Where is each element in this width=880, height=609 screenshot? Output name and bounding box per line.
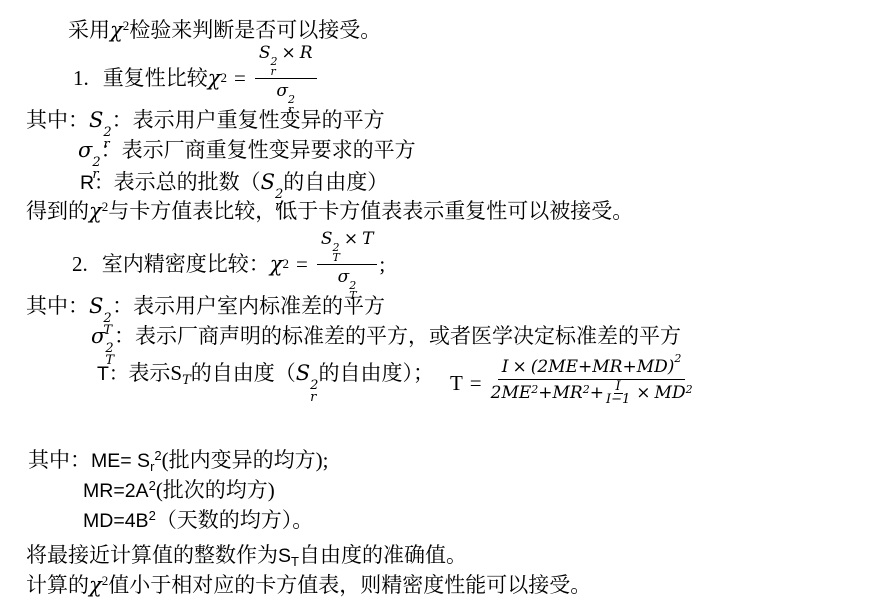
denominator: 2ME2+MR2+II−1×MD2	[491, 380, 693, 406]
definition-mr: MR=2A2(批次的均方)	[83, 476, 275, 505]
paragraph-intro: 采用χ2检验来判断是否可以接受。	[68, 16, 381, 44]
text-run: 的自由度）	[283, 170, 388, 194]
mr-expression: MR=2A2	[83, 480, 156, 502]
variable-s: S	[89, 294, 103, 318]
superscript-2: 2	[154, 448, 161, 463]
colon: ：	[112, 108, 133, 132]
text-run: 表示用户重复性变异的平方	[133, 108, 385, 132]
denominator: I−1	[606, 394, 630, 406]
variable-sigma: σ	[91, 324, 105, 348]
equals-sign: =	[227, 64, 253, 92]
text-run: 表示总的批数（	[114, 170, 261, 194]
where-label: 其中：	[26, 108, 89, 132]
text-run: 检验来判断是否可以接受。	[129, 18, 381, 42]
colon: ：	[114, 324, 135, 348]
variable-sigma: σ	[276, 81, 288, 101]
term-2me: 2ME	[491, 383, 532, 403]
t-definition-text: T：表示ST的自由度（S2r的自由度）；	[97, 359, 434, 404]
subscript: r	[310, 392, 316, 404]
multiply-sign: ×	[632, 383, 654, 403]
numerator: S2T×T	[317, 228, 378, 265]
chi-symbol: χ	[270, 250, 283, 278]
stacked-sup-sub: 2T	[332, 243, 339, 263]
superscript-2: 2	[674, 352, 681, 365]
variable-sigma: σ	[78, 138, 92, 162]
fraction-i-over-i-minus-1: II−1	[606, 381, 630, 406]
list-item-2: 2. 室内精密度比较： χ2 = S2T×T σ2T ;	[72, 238, 385, 290]
text-run: 表示S	[128, 361, 182, 385]
subscript: T	[332, 253, 339, 263]
text-run: 将最接近计算值的整数作为	[26, 543, 278, 567]
chi-symbol: χ	[89, 573, 102, 597]
subscript-t: T	[182, 373, 191, 388]
variable-r: R	[300, 43, 313, 63]
variable-s: S	[259, 43, 271, 63]
colon: ：	[101, 138, 122, 162]
definition-t-formula: T：表示ST的自由度（S2r的自由度）； T = I×(2ME+MR+MD)2 …	[97, 352, 695, 406]
text-run: (批次的均方)	[156, 478, 275, 502]
document-page: 采用χ2检验来判断是否可以接受。 1. 重复性比较 χ2 = S2r×R σ2r…	[0, 0, 880, 609]
me-expression: ME= Sr2	[91, 450, 162, 472]
equals-sign: =	[463, 369, 489, 397]
colon: ：	[112, 294, 133, 318]
subscript: r	[270, 67, 275, 77]
text-run: (批内变异的均方);	[162, 448, 329, 472]
equals-sign: =	[289, 250, 315, 278]
text-run: 室内精密度比较：	[102, 250, 270, 278]
text-run: （天数的均方）。	[156, 508, 314, 532]
variable-t: T	[450, 369, 463, 397]
paragraph-conclusion-1: 得到的χ2与卡方值表比较，低于卡方值表表示重复性可以被接受。	[26, 197, 633, 225]
text-run: 表示用户室内标准差的平方	[133, 294, 385, 318]
list-item-1: 1. 重复性比较 χ2 = S2r×R σ2r	[73, 52, 319, 104]
text-run: 值小于相对应的卡方值表，则精密度性能可以接受。	[108, 573, 591, 597]
numerator: S2r×R	[255, 42, 317, 79]
variable-st: ST	[278, 545, 299, 567]
text-run: ME= S	[91, 450, 150, 472]
superscript-2: 2	[149, 478, 156, 493]
text-run: MR=2A	[83, 480, 149, 502]
text-run: 自由度的准确值。	[299, 543, 467, 567]
term-md: MD	[655, 383, 686, 403]
text-run: S	[278, 545, 291, 567]
variable-s: S	[261, 170, 275, 194]
text-run: 重复性比较	[103, 64, 208, 92]
fraction-repeatability: S2r×R σ2r	[255, 42, 317, 115]
plus-sign: +	[590, 383, 604, 403]
multiply-sign: ×	[277, 43, 299, 63]
variable-t: T	[362, 229, 373, 249]
paren-group: (2ME+MR+MD)	[531, 357, 675, 377]
paragraph-conclusion-2: 计算的χ2值小于相对应的卡方值表，则精密度性能可以接受。	[26, 571, 591, 599]
semicolon: ;	[379, 250, 385, 278]
text-run: 表示厂商重复性变异要求的平方	[122, 138, 416, 162]
fraction-t: I×(2ME+MR+MD)2 2ME2+MR2+II−1×MD2	[491, 356, 693, 406]
md-expression: MD=4B2	[83, 510, 156, 532]
numerator: I×(2ME+MR+MD)2	[498, 356, 686, 380]
text-run: 采用	[68, 18, 110, 42]
chi-symbol: χ	[89, 199, 102, 223]
variable-s: S	[321, 229, 333, 249]
variable-s: S	[296, 361, 310, 385]
superscript-2: 2	[149, 508, 156, 523]
paragraph-rounding-rule: 将最接近计算值的整数作为ST自由度的准确值。	[26, 541, 467, 570]
text-run: 的自由度）；	[318, 361, 434, 385]
where-label: 其中：	[28, 448, 91, 472]
text-run: 表示厂商声明的标准差的平方，或者医学决定标准差的平方	[135, 324, 681, 348]
variable-r-label: R：	[80, 172, 114, 194]
list-number: 1.	[73, 64, 89, 92]
variable-s: S	[89, 108, 103, 132]
list-number: 2.	[72, 250, 88, 278]
chi-symbol: χ	[110, 18, 123, 42]
variable-sigma: σ	[338, 267, 350, 287]
variable-i: I	[502, 357, 509, 377]
superscript-2: 2	[686, 383, 693, 396]
text-run: 计算的	[26, 573, 89, 597]
text-run: 得到的	[26, 199, 89, 223]
superscript-2: 2	[583, 383, 590, 396]
variable-t-label: T：	[97, 363, 128, 385]
multiply-sign: ×	[509, 357, 531, 377]
where-label: 其中：	[26, 294, 89, 318]
term-mr: +MR	[538, 383, 582, 403]
definition-md: MD=4B2（天数的均方）。	[83, 506, 313, 535]
fraction-precision: S2T×T σ2T	[317, 228, 378, 301]
multiply-sign: ×	[340, 229, 362, 249]
text-run: 的自由度（	[191, 361, 296, 385]
subscript-t: T	[291, 554, 299, 569]
text-run: MD=4B	[83, 510, 149, 532]
definition-me: 其中：ME= Sr2(批内变异的均方);	[28, 446, 328, 475]
chi-symbol: χ	[208, 64, 221, 92]
text-run: 与卡方值表比较，低于卡方值表表示重复性可以被接受。	[108, 199, 633, 223]
